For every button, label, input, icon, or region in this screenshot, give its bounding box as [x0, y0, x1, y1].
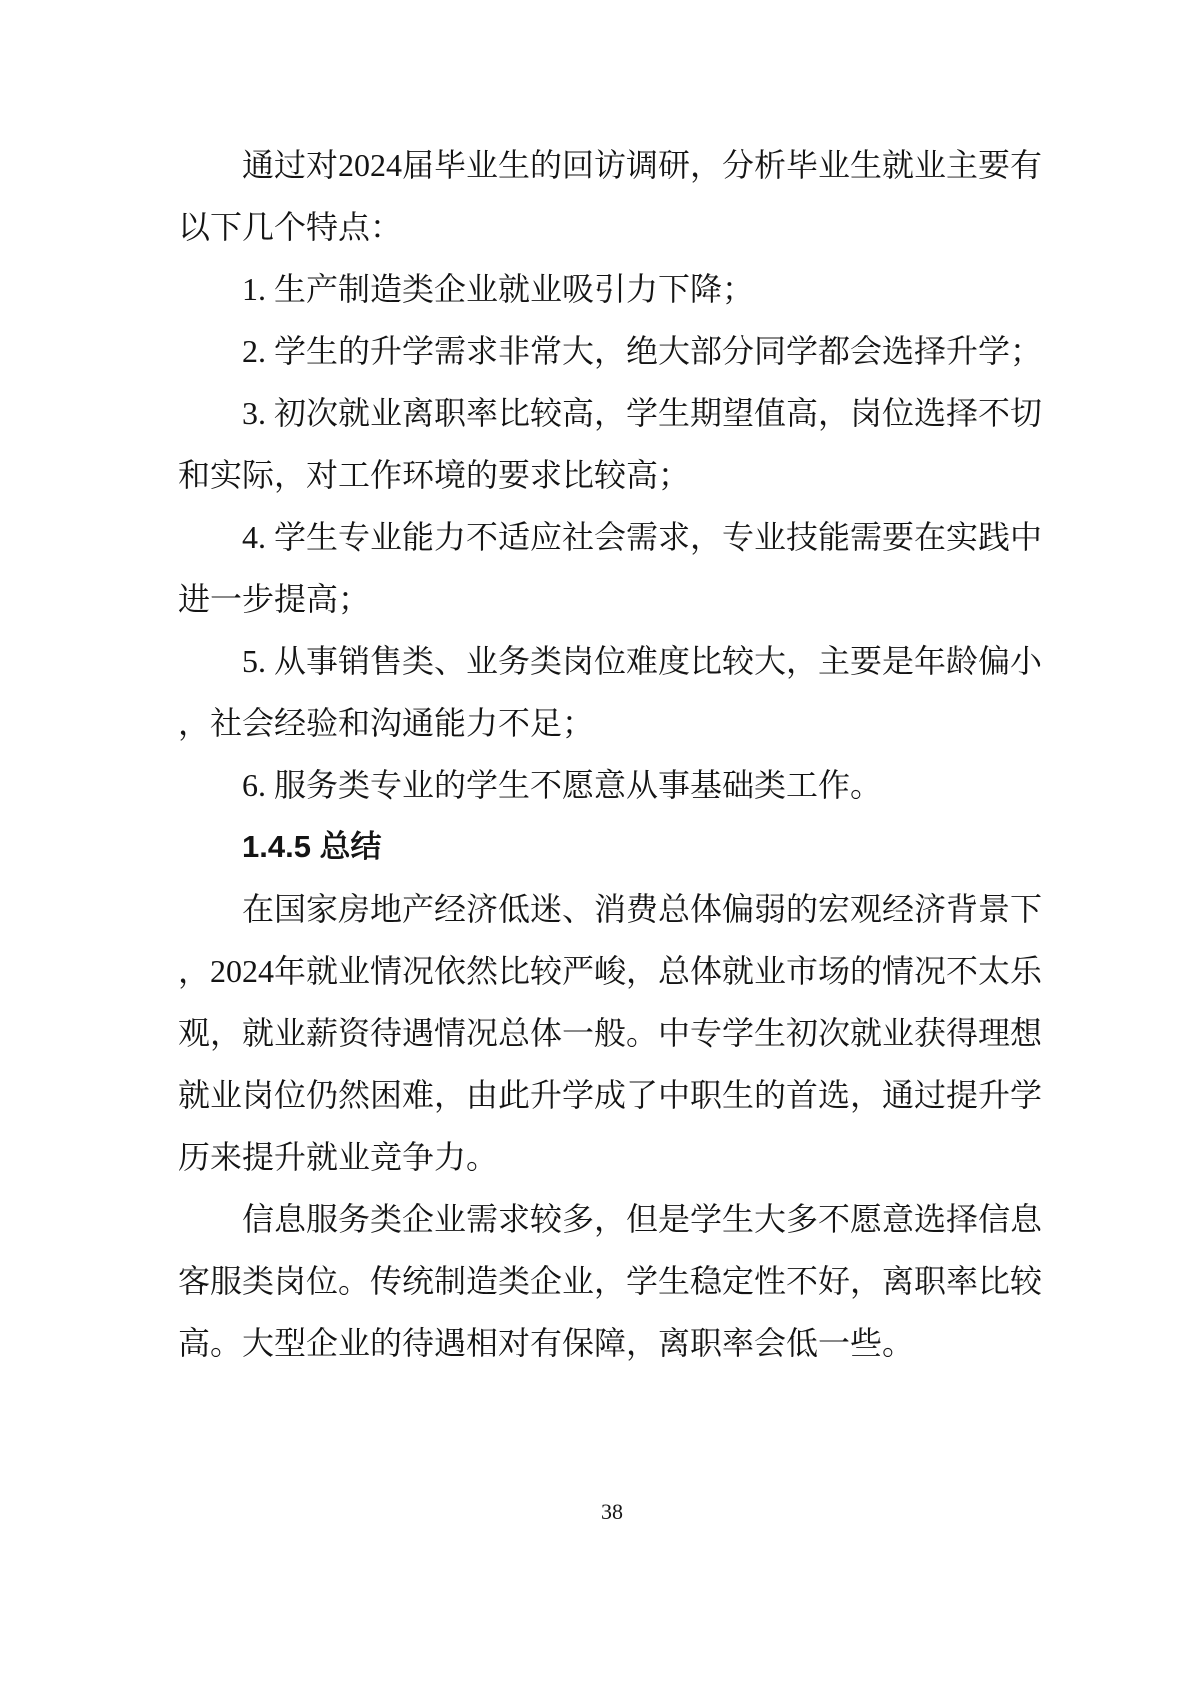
- text-line: 4. 学生专业能力不适应社会需求，专业技能需要在实践中: [178, 506, 1046, 568]
- section-heading-1-4-5: 1.4.5 总结: [178, 816, 1046, 878]
- text-line: 以下几个特点：: [178, 196, 1046, 258]
- text-line: 2. 学生的升学需求非常大，绝大部分同学都会选择升学；: [178, 320, 1046, 382]
- text-line: 历来提升就业竞争力。: [178, 1126, 1046, 1188]
- text-line: 高。大型企业的待遇相对有保障，离职率会低一些。: [178, 1312, 1046, 1374]
- paragraph-summary-1: 在国家房地产经济低迷、消费总体偏弱的宏观经济背景下 ，2024年就业情况依然比较…: [178, 878, 1046, 1188]
- paragraph-item-6: 6. 服务类专业的学生不愿意从事基础类工作。: [178, 754, 1046, 816]
- text-line: ，2024年就业情况依然比较严峻，总体就业市场的情况不太乐: [178, 940, 1046, 1002]
- text-line: 信息服务类企业需求较多，但是学生大多不愿意选择信息: [178, 1188, 1046, 1250]
- paragraph-summary-2: 信息服务类企业需求较多，但是学生大多不愿意选择信息 客服类岗位。传统制造类企业，…: [178, 1188, 1046, 1374]
- paragraph-item-1: 1. 生产制造类企业就业吸引力下降；: [178, 258, 1046, 320]
- paragraph-item-5: 5. 从事销售类、业务类岗位难度比较大，主要是年龄偏小 ，社会经验和沟通能力不足…: [178, 630, 1046, 754]
- text-line: 客服类岗位。传统制造类企业，学生稳定性不好，离职率比较: [178, 1250, 1046, 1312]
- paragraph-item-3: 3. 初次就业离职率比较高，学生期望值高，岗位选择不切 和实际，对工作环境的要求…: [178, 382, 1046, 506]
- page-number: 38: [601, 1499, 623, 1524]
- paragraph-intro: 通过对2024届毕业生的回访调研，分析毕业生就业主要有 以下几个特点：: [178, 134, 1046, 258]
- text-line: 在国家房地产经济低迷、消费总体偏弱的宏观经济背景下: [178, 878, 1046, 940]
- paragraph-item-2: 2. 学生的升学需求非常大，绝大部分同学都会选择升学；: [178, 320, 1046, 382]
- document-page: 通过对2024届毕业生的回访调研，分析毕业生就业主要有 以下几个特点： 1. 生…: [0, 0, 1191, 1684]
- text-line: 5. 从事销售类、业务类岗位难度比较大，主要是年龄偏小: [178, 630, 1046, 692]
- document-body: 通过对2024届毕业生的回访调研，分析毕业生就业主要有 以下几个特点： 1. 生…: [178, 134, 1046, 1374]
- text-line: 3. 初次就业离职率比较高，学生期望值高，岗位选择不切: [178, 382, 1046, 444]
- paragraph-item-4: 4. 学生专业能力不适应社会需求，专业技能需要在实践中 进一步提高；: [178, 506, 1046, 630]
- text-line: 1. 生产制造类企业就业吸引力下降；: [178, 258, 1046, 320]
- text-line: 就业岗位仍然困难，由此升学成了中职生的首选，通过提升学: [178, 1064, 1046, 1126]
- text-line: 和实际，对工作环境的要求比较高；: [178, 444, 1046, 506]
- text-line: 进一步提高；: [178, 568, 1046, 630]
- text-line: 通过对2024届毕业生的回访调研，分析毕业生就业主要有: [178, 134, 1046, 196]
- section-heading-text: 1.4.5 总结: [178, 816, 1046, 878]
- text-line: 6. 服务类专业的学生不愿意从事基础类工作。: [178, 754, 1046, 816]
- page-footer: 38: [178, 1486, 1046, 1538]
- text-line: 观，就业薪资待遇情况总体一般。中专学生初次就业获得理想: [178, 1002, 1046, 1064]
- text-line: ，社会经验和沟通能力不足；: [178, 692, 1046, 754]
